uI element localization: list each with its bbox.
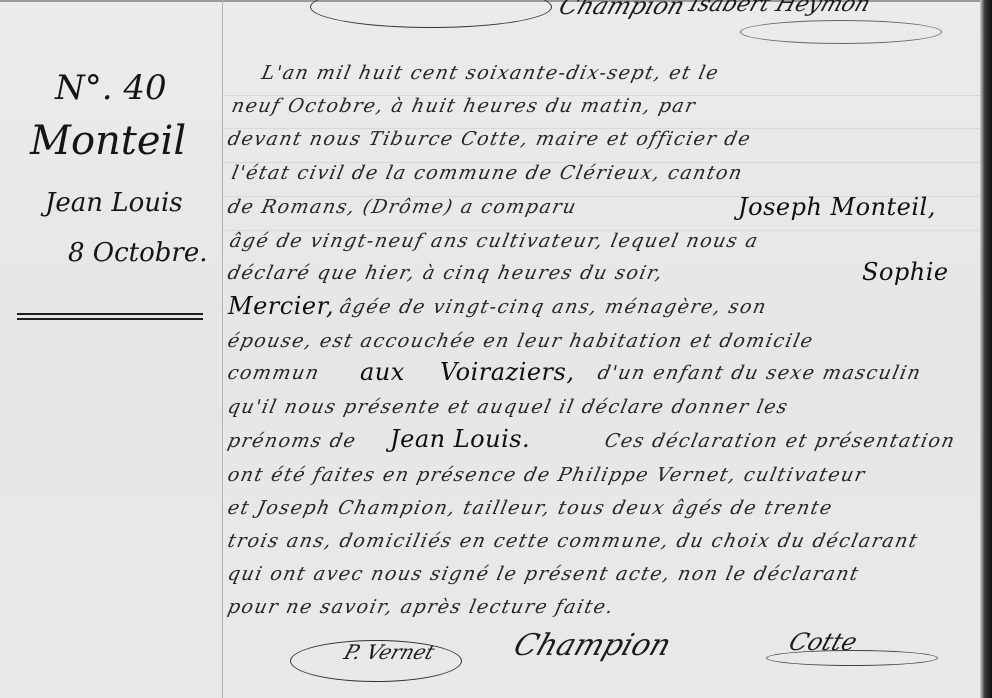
top-signature-right: Isabert Heymon	[686, 0, 874, 17]
body-line-17: pour ne savoir, après lecture faite.	[226, 596, 617, 618]
body-line-12: prénoms de	[226, 430, 359, 452]
body-line-10: commun	[226, 362, 322, 384]
body-line-5: de Romans, (Drôme) a comparu	[226, 196, 579, 218]
body-line-6: âgé de vingt-neuf ans cultivateur, leque…	[228, 230, 761, 252]
body-line-10-tail: d'un enfant du sexe masculin	[596, 362, 924, 384]
body-line-3: devant nous Tiburce Cotte, maire et offi…	[226, 128, 754, 150]
witness-signature-vernet: P. Vernet	[341, 640, 438, 664]
place-prefix: aux	[360, 358, 405, 386]
place-name: Voiraziers,	[440, 358, 574, 386]
body-line-8: âgée de vingt-cinq ans, ménagère, son	[338, 296, 770, 318]
margin-given-names: Jean Louis	[45, 188, 183, 218]
margin-date: 8 Octobre.	[68, 238, 208, 268]
witness-signature-champion: Champion	[509, 628, 675, 663]
body-line-11: qu'il nous présente et auquel il déclare…	[226, 396, 791, 418]
father-name: Joseph Monteil,	[738, 193, 936, 221]
body-line-2: neuf Octobre, à huit heures du matin, pa…	[230, 95, 699, 117]
body-line-1: L'an mil huit cent soixante-dix-sept, et…	[260, 62, 722, 84]
body-line-15: trois ans, domiciliés en cette commune, …	[226, 530, 921, 552]
margin-double-rule-top	[17, 313, 203, 315]
body-line-14: et Joseph Champion, tailleur, tous deux …	[226, 497, 836, 519]
mother-first-name: Sophie	[862, 258, 949, 286]
body-line-16: qui ont avec nous signé le présent acte,…	[226, 563, 862, 585]
signature-flourish	[766, 650, 938, 666]
signature-flourish	[740, 20, 942, 44]
margin-surname: Monteil	[30, 118, 186, 164]
document-page: Champion Isabert Heymon N°. 40 Monteil J…	[0, 0, 980, 698]
child-given-names: Jean Louis.	[390, 425, 530, 453]
margin-double-rule-bottom	[17, 318, 203, 320]
mother-last-name: Mercier,	[228, 292, 334, 320]
body-line-4: l'état civil de la commune de Clérieux, …	[230, 162, 746, 184]
top-signature-left: Champion	[555, 0, 688, 20]
margin-rule	[222, 0, 223, 698]
body-line-13: ont été faites en présence de Philippe V…	[226, 464, 868, 486]
body-line-12-tail: Ces déclaration et présentation	[603, 430, 958, 452]
signature-flourish	[310, 0, 552, 28]
body-line-7: déclaré que hier, à cinq heures du soir,	[226, 262, 666, 284]
page-edge-shadow	[980, 0, 992, 698]
record-number: N°. 40	[55, 68, 167, 108]
body-line-9: épouse, est accouchée en leur habitation…	[226, 330, 816, 352]
